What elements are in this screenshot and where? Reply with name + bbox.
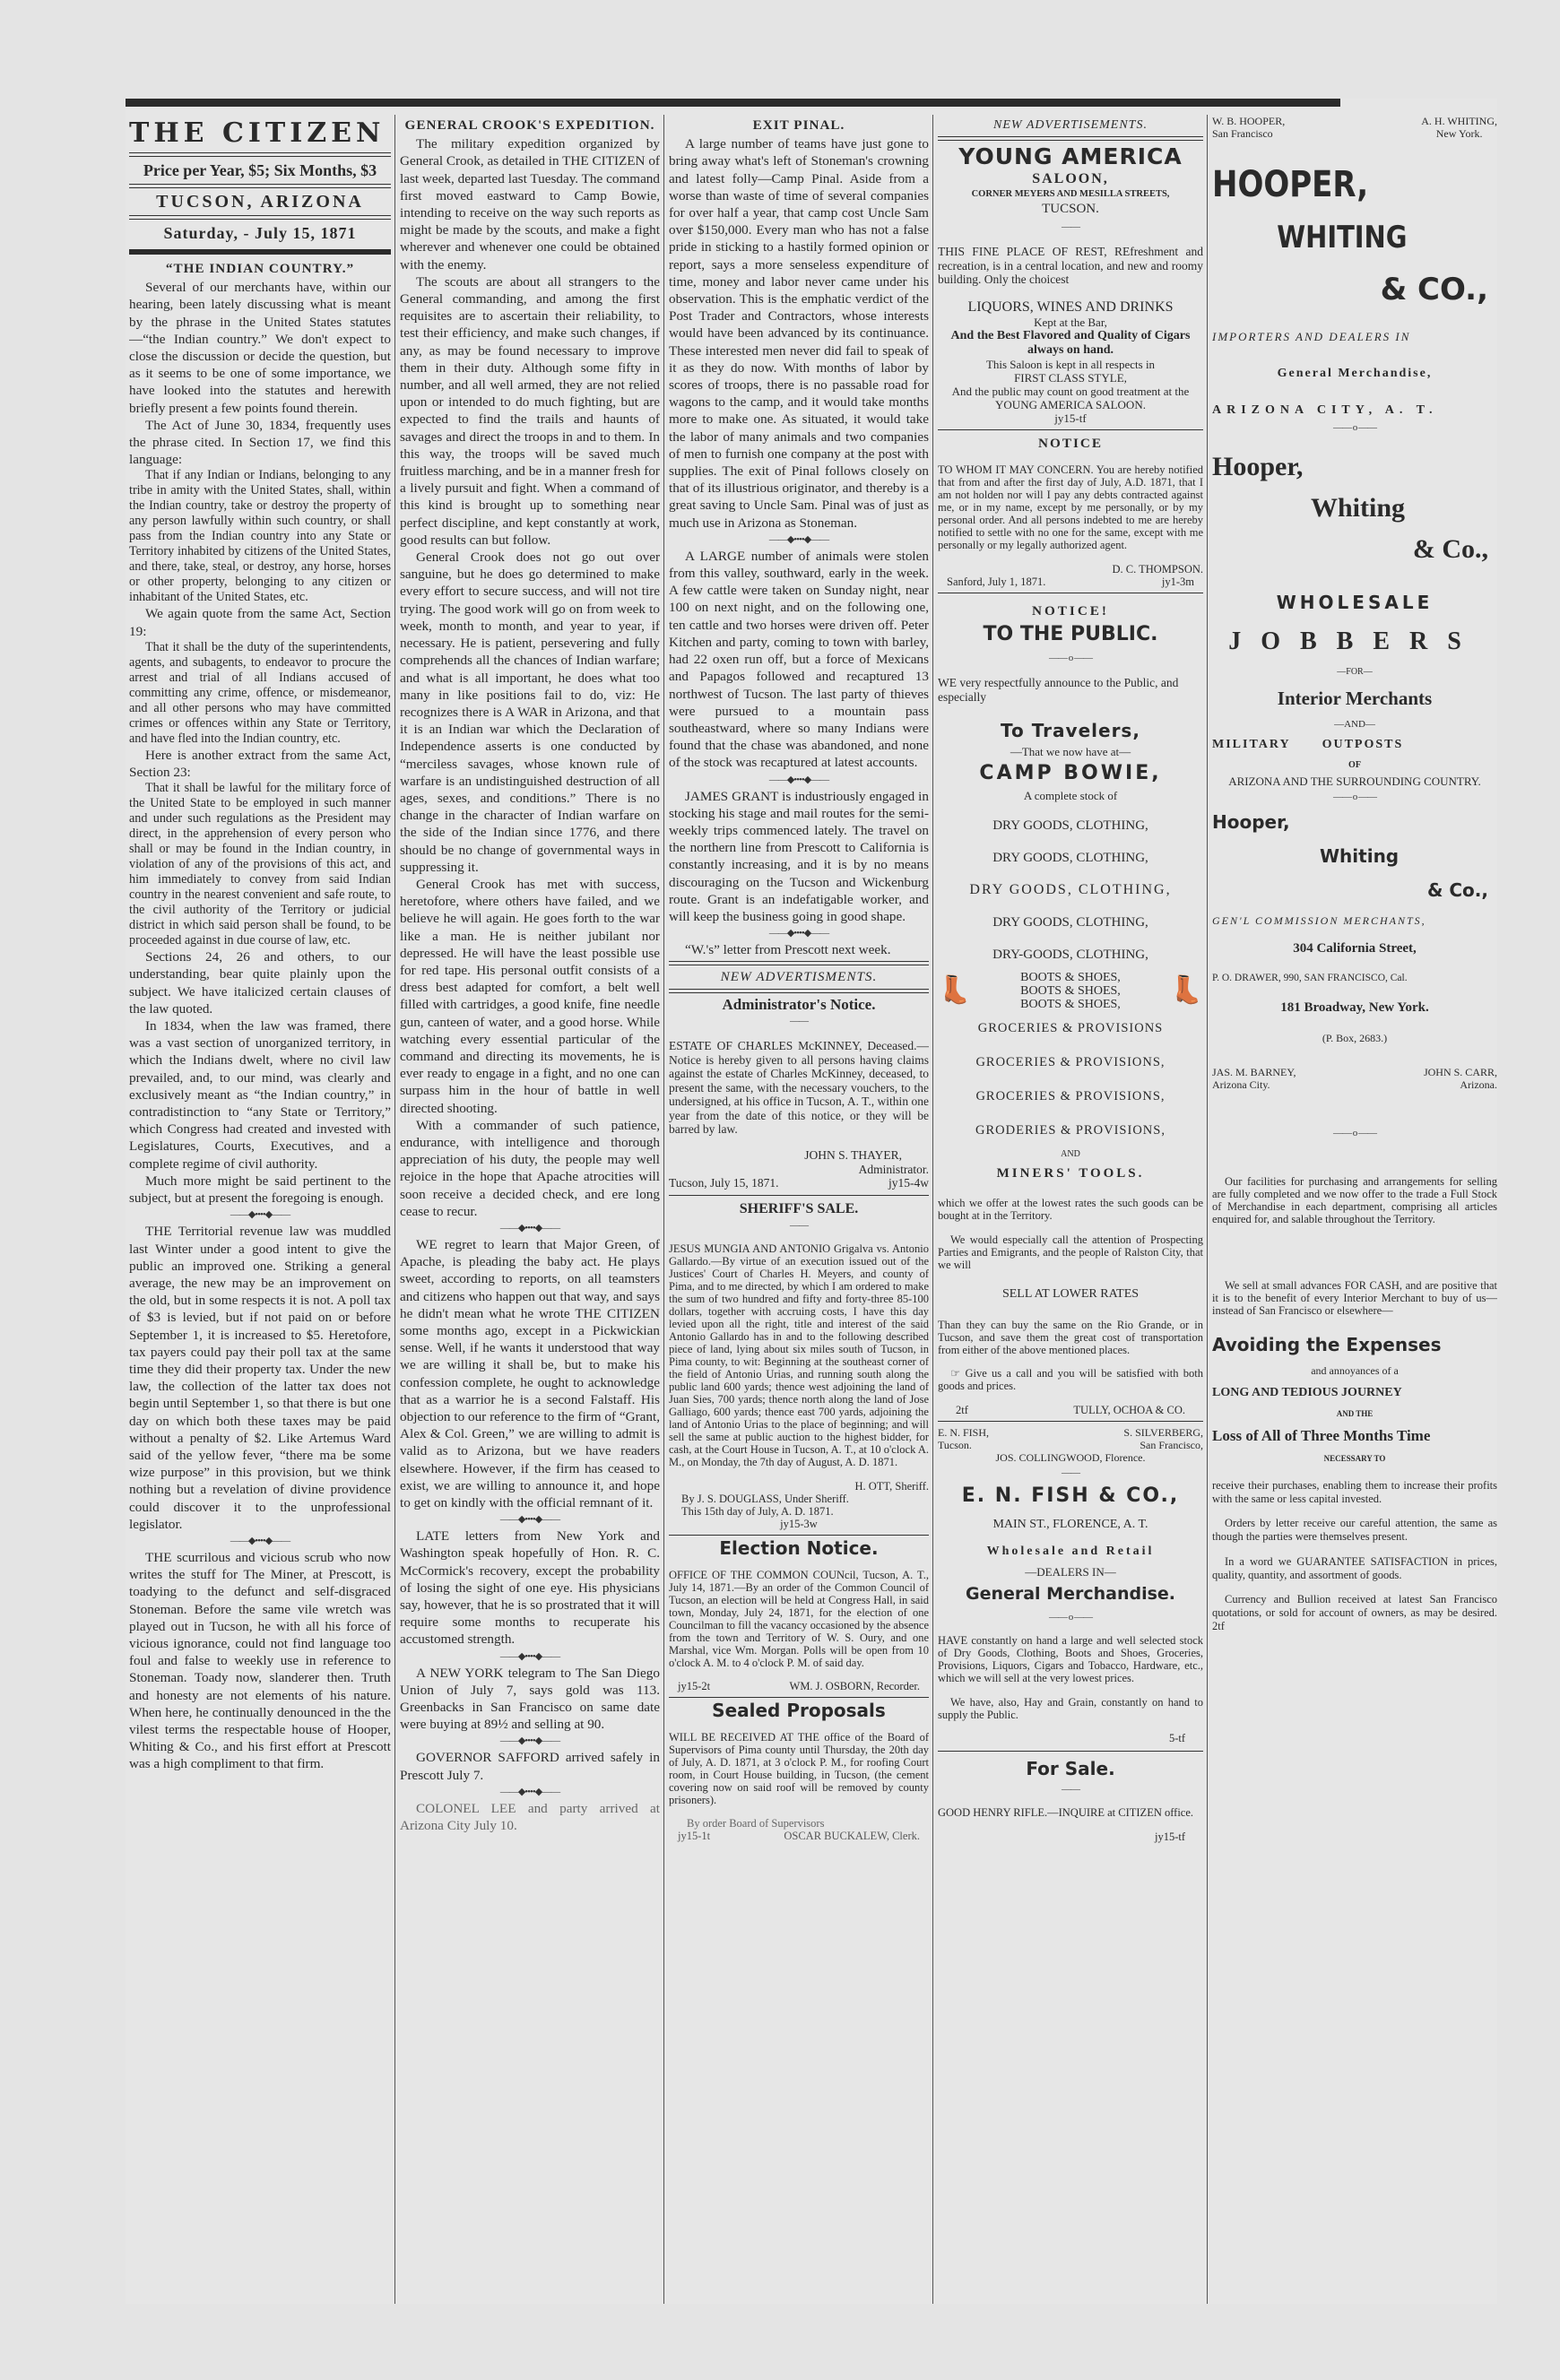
- separator: ——◆••••◆——: [400, 1786, 660, 1798]
- ad-line: GROCERIES & PROVISIONS: [938, 1011, 1203, 1045]
- agent-city: Arizona.: [1460, 1078, 1497, 1091]
- ad-signer: D. C. THOMPSON.: [938, 563, 1203, 576]
- ad-jobbers: JOBBERS: [1212, 620, 1497, 663]
- ad-body: HAVE constantly on hand a large and well…: [938, 1634, 1203, 1684]
- ad-code: jy15-4w: [888, 1176, 929, 1190]
- ad-body: JESUS MUNGIA AND ANTONIO Grigalva vs. An…: [669, 1242, 929, 1468]
- ad-line: Interior Merchants: [1212, 680, 1497, 716]
- ad-body: Orders by letter receive our careful att…: [1212, 1517, 1497, 1544]
- separator: ——◆••••◆——: [669, 927, 929, 939]
- ad-dry-goods: DRY GOODS, CLOTHING, DRY GOODS, CLOTHING…: [938, 809, 1203, 971]
- ad-title: & CO.,: [1212, 264, 1497, 316]
- ad-title: & Co.,: [1212, 529, 1497, 570]
- article-paragraph: General Crook does not go out over sangu…: [400, 549, 660, 876]
- rule: [938, 1421, 1203, 1422]
- ad-title: SHERIFF'S SALE.: [669, 1200, 929, 1217]
- separator: ——◆••••◆——: [400, 1513, 660, 1526]
- partner-name: A. H. WHITING,: [1421, 115, 1497, 127]
- column-rule: [663, 115, 664, 2304]
- short-rule: ——: [669, 1219, 929, 1232]
- ad-address: CORNER MEYERS AND MESILLA STREETS,: [938, 187, 1203, 201]
- ad-under-sheriff: By J. S. DOUGLASS, Under Sheriff.: [669, 1493, 929, 1505]
- ad-city: TUCSON.: [938, 201, 1203, 218]
- article-paragraph: We again quote from the same Act, Sectio…: [129, 605, 391, 639]
- ad-title: HOOPER,: [1212, 158, 1454, 212]
- ad-intro: WE very respectfully announce to the Pub…: [938, 676, 1203, 704]
- ad-address: MAIN ST., FLORENCE, A. T.: [938, 1511, 1203, 1538]
- ad-title: TO THE PUBLIC.: [938, 619, 1203, 650]
- column-5: W. B. HOOPER,San Francisco A. H. WHITING…: [1212, 115, 1497, 2304]
- article-quote: That it shall be the duty of the superin…: [129, 640, 391, 747]
- ad-line: DRY GOODS, CLOTHING,: [938, 842, 1203, 874]
- ad-order: By order Board of Supervisors: [669, 1817, 929, 1830]
- partner-city: San Francisco,: [1140, 1439, 1203, 1451]
- ad-line: ARIZONA CITY, A. T.: [1212, 402, 1497, 419]
- ad-body: ☞ Give us a call and you will be satisfi…: [938, 1367, 1203, 1392]
- ad-line: —DEALERS IN—: [938, 1565, 1203, 1579]
- ad-merchandise: General Merchandise.: [938, 1579, 1203, 1609]
- ad-line: GRODERIES & PROVISIONS,: [938, 1113, 1203, 1147]
- ad-line: AND THE: [1212, 1406, 1497, 1423]
- election-notice: Election Notice. OFFICE OF THE COMMON CO…: [669, 1540, 929, 1692]
- separator: ——◆••••◆——: [400, 1650, 660, 1663]
- ad-line: AND: [938, 1147, 1203, 1161]
- ad-boots: 👢 BOOTS & SHOES, BOOTS & SHOES, BOOTS & …: [938, 971, 1203, 1011]
- ad-line: MILITARY OUTPOSTS: [1212, 733, 1497, 757]
- partner-city: San Francisco: [1212, 127, 1273, 140]
- article-paragraph: General Crook has met with success, here…: [400, 876, 660, 1117]
- ad-line: and annoyances of a: [1212, 1361, 1497, 1380]
- agent: JAS. M. BARNEY,Arizona City.: [1212, 1066, 1296, 1091]
- ad-code: jy15-tf: [938, 1830, 1203, 1845]
- column-1: THE CITIZEN Price per Year, $5; Six Mont…: [129, 115, 391, 2304]
- ad-line: DRY GOODS, CLOTHING,: [938, 874, 1203, 906]
- circle-rule: —— o ——: [1212, 791, 1497, 803]
- ad-line: —AND—: [1212, 716, 1497, 733]
- rule: [938, 1751, 1203, 1752]
- ad-line: (P. Box, 2683.): [1212, 1026, 1497, 1050]
- separator: ——◆••••◆——: [400, 1735, 660, 1747]
- article-paragraph: GOVERNOR SAFFORD arrived safely in Presc…: [400, 1749, 660, 1783]
- article-paragraph: LATE letters from New York and Washingto…: [400, 1528, 660, 1648]
- ad-line: P. O. DRAWER, 990, SAN FRANCISCO, Cal.: [1212, 967, 1497, 989]
- ad-body: In a word we GUARANTEE SATISFACTION in p…: [1212, 1555, 1497, 1582]
- partner-name: E. N. FISH,: [938, 1426, 989, 1439]
- ad-code: jy15-1t: [678, 1830, 710, 1842]
- separator: ——◆••••◆——: [669, 774, 929, 786]
- ad-line: OF: [1212, 757, 1497, 774]
- ad-line: IMPORTERS AND DEALERS IN: [1212, 328, 1497, 345]
- ad-title: & Co.,: [1212, 873, 1497, 907]
- short-rule: ——: [938, 1783, 1203, 1796]
- ad-place-date: Tucson, July 15, 1871.: [669, 1176, 779, 1190]
- ad-body: GOOD HENRY RIFLE.—INQUIRE at CITIZEN off…: [938, 1806, 1203, 1819]
- ad-body: TO WHOM IT MAY CONCERN. You are hereby n…: [938, 463, 1203, 551]
- ad-line: This Saloon is kept in all respects in: [938, 358, 1203, 371]
- young-america-saloon-ad: YOUNG AMERICA SALOON, CORNER MEYERS AND …: [938, 143, 1203, 425]
- rule: [129, 184, 391, 188]
- ad-body: Currency and Bullion received at latest …: [1212, 1593, 1497, 1633]
- article-paragraph: WE regret to learn that Major Green, of …: [400, 1236, 660, 1511]
- article-paragraph: “W.'s” letter from Prescott next week.: [669, 941, 929, 958]
- section-heading: NEW ADVERTISEMENTS.: [938, 117, 1203, 134]
- ad-code: 2tf: [956, 1404, 968, 1416]
- ad-line: ARIZONA AND THE SURROUNDING COUNTRY.: [1212, 774, 1497, 789]
- rule: [669, 1195, 929, 1196]
- ad-body: which we offer at the lowest rates the s…: [938, 1197, 1203, 1222]
- article-heading: “THE INDIAN COUNTRY.”: [129, 260, 391, 277]
- partners-row: W. B. HOOPER,San Francisco A. H. WHITING…: [1212, 115, 1497, 140]
- separator: ——◆••••◆——: [129, 1208, 391, 1221]
- partners-row: E. N. FISH,Tucson. S. SILVERBERG,San Fra…: [938, 1426, 1203, 1451]
- ad-line: Kept at the Bar,: [938, 316, 1203, 329]
- ad-line: LONG AND TEDIOUS JOURNEY: [1212, 1380, 1497, 1406]
- article-paragraph: In 1834, when the law was framed, there …: [129, 1017, 391, 1173]
- ad-place-date: Sanford, July 1, 1871.: [947, 576, 1045, 588]
- partner-city: Tucson.: [938, 1439, 972, 1451]
- ad-footer: Tucson, July 15, 1871. jy15-4w: [669, 1176, 929, 1190]
- fish-co-ad: E. N. FISH,Tucson. S. SILVERBERG,San Fra…: [938, 1426, 1203, 1746]
- column-rule: [1207, 115, 1208, 2304]
- article-paragraph: A LARGE number of animals were stolen fr…: [669, 548, 929, 772]
- ad-line: And the Best Flavored and Quality of Cig…: [938, 329, 1203, 358]
- ad-title: Election Notice.: [669, 1540, 929, 1557]
- separator: ——◆••••◆——: [400, 1222, 660, 1234]
- partner: A. H. WHITING,New York.: [1421, 115, 1497, 140]
- partner: W. B. HOOPER,San Francisco: [1212, 115, 1285, 140]
- ad-role: Administrator.: [669, 1163, 929, 1177]
- for-sale-ad: For Sale. —— GOOD HENRY RIFLE.—INQUIRE a…: [938, 1756, 1203, 1845]
- ad-signer: TULLY, OCHOA & CO.: [1073, 1404, 1185, 1416]
- column-rule: [932, 115, 933, 2304]
- circle-rule: —— o ——: [1212, 1127, 1497, 1139]
- short-rule: ——: [669, 1015, 929, 1027]
- article-paragraph: Much more might be said pertinent to the…: [129, 1173, 391, 1207]
- ad-line: GROCERIES & PROVISIONS,: [938, 1045, 1203, 1079]
- ad-line: General Merchandise,: [1212, 365, 1497, 382]
- ad-code: jy15-3w: [669, 1518, 929, 1530]
- article-heading: GENERAL CROOK'S EXPEDITION.: [400, 117, 660, 134]
- article-paragraph: A NEW YORK telegram to The San Diego Uni…: [400, 1665, 660, 1734]
- ad-miners: MINERS' TOOLS.: [938, 1161, 1203, 1186]
- ad-line: 181 Broadway, New York.: [1212, 989, 1497, 1026]
- ad-title: For Sale.: [938, 1756, 1203, 1781]
- ad-line: BOOTS & SHOES,: [1020, 984, 1121, 998]
- rule: [669, 1697, 929, 1698]
- short-rule: ——: [938, 221, 1203, 233]
- boots-icon: 👢: [1170, 977, 1203, 1004]
- ad-line: A complete stock of: [938, 789, 1203, 802]
- boots-icon: 👢: [938, 977, 971, 1004]
- masthead-dateline: Saturday, - July 15, 1871: [129, 222, 391, 244]
- article-paragraph: The scouts are about all strangers to th…: [400, 273, 660, 549]
- article-paragraph: A large number of teams have just gone t…: [669, 135, 929, 532]
- rule: [669, 989, 929, 993]
- partner-name: W. B. HOOPER,: [1212, 115, 1285, 127]
- column-rule: [394, 115, 395, 2304]
- ad-line: DRY GOODS, CLOTHING,: [938, 809, 1203, 842]
- circle-rule: —— o ——: [938, 652, 1203, 664]
- ad-line: BOOTS & SHOES,: [1020, 998, 1121, 1011]
- sheriff-sale: SHERIFF'S SALE. —— JESUS MUNGIA AND ANTO…: [669, 1200, 929, 1530]
- administrator-notice: Administrator's Notice. —— ESTATE OF CHA…: [669, 996, 929, 1190]
- column-4: NEW ADVERTISEMENTS. YOUNG AMERICA SALOON…: [938, 115, 1203, 2304]
- partner-city: New York.: [1436, 127, 1483, 140]
- rule: [938, 593, 1203, 593]
- agent-name: JAS. M. BARNEY,: [1212, 1066, 1296, 1078]
- ad-camp: CAMP BOWIE,: [938, 758, 1203, 789]
- partner-name: S. SILVERBERG,: [1123, 1426, 1203, 1439]
- masthead-price: Price per Year, $5; Six Months, $3: [129, 160, 391, 181]
- ad-line: DRY-GOODS, CLOTHING,: [938, 939, 1203, 971]
- tully-ochoa-ad: NOTICE! TO THE PUBLIC. —— o —— WE very r…: [938, 602, 1203, 1416]
- thompson-notice: NOTICE TO WHOM IT MAY CONCERN. You are h…: [938, 435, 1203, 587]
- rule: [129, 152, 391, 157]
- ad-line: YOUNG AMERICA SALOON.: [938, 398, 1203, 411]
- ad-title: Administrator's Notice.: [669, 996, 929, 1013]
- partner: S. SILVERBERG,San Francisco,: [1123, 1426, 1203, 1451]
- ad-body: We sell at small advances FOR CASH, and …: [1212, 1279, 1497, 1317]
- ad-code: jy15-2t: [678, 1680, 710, 1692]
- separator: ——◆••••◆——: [669, 533, 929, 546]
- ad-line: BOOTS & SHOES,: [1020, 971, 1121, 984]
- ad-body: THIS FINE PLACE OF REST, REfreshment and…: [938, 245, 1203, 287]
- ad-line: FIRST CLASS STYLE,: [938, 371, 1203, 385]
- ad-body: Our facilities for purchasing and arrang…: [1212, 1175, 1497, 1225]
- short-rule: ——: [938, 1467, 1203, 1479]
- ad-line: And the public may count on good treatme…: [938, 385, 1203, 398]
- article-paragraph: Sections 24, 26 and others, to our under…: [129, 948, 391, 1017]
- ad-body: We have, also, Hay and Grain, constantly…: [938, 1696, 1203, 1721]
- ad-subtitle: SALOON,: [938, 170, 1203, 187]
- agents-row: JAS. M. BARNEY,Arizona City. JOHN S. CAR…: [1212, 1066, 1497, 1091]
- ad-title: Whiting: [1212, 839, 1497, 873]
- ad-line: —That we now have at—: [938, 745, 1203, 758]
- article-paragraph: Here is another extract from the same Ac…: [129, 747, 391, 781]
- rule: [938, 429, 1203, 430]
- agent: JOHN S. CARR,Arizona.: [1424, 1066, 1497, 1091]
- partner: E. N. FISH,Tucson.: [938, 1426, 989, 1451]
- agent-city: Arizona City.: [1212, 1078, 1270, 1091]
- ad-line: —FOR—: [1212, 663, 1497, 680]
- ad-title: E. N. FISH & CO.,: [938, 1481, 1203, 1511]
- ad-body: OFFICE OF THE COMMON COUNcil, Tucson, A.…: [669, 1569, 929, 1669]
- masthead-place: TUCSON, ARIZONA: [129, 191, 391, 212]
- ad-title: YOUNG AMERICA: [938, 143, 1203, 170]
- sealed-proposals: Sealed Proposals WILL BE RECEIVED AT THE…: [669, 1702, 929, 1842]
- ad-body: receive their purchases, enabling them t…: [1212, 1479, 1497, 1506]
- ad-footer: 2tf TULLY, OCHOA & CO.: [938, 1404, 1203, 1416]
- article-paragraph: THE scurrilous and vicious scrub who now…: [129, 1549, 391, 1773]
- article-paragraph: The Act of June 30, 1834, frequently use…: [129, 417, 391, 469]
- ad-footer: Sanford, July 1, 1871. jy1-3m: [938, 576, 1203, 588]
- agent-name: JOHN S. CARR,: [1424, 1066, 1497, 1078]
- article-paragraph: COLONEL LEE and party arrived at Arizona…: [400, 1800, 660, 1834]
- ad-wholesale: WHOLESALE: [1212, 584, 1497, 620]
- ad-line: GROCERIES & PROVISIONS,: [938, 1079, 1203, 1113]
- ad-title: Whiting: [1212, 488, 1497, 529]
- ad-body: ESTATE OF CHARLES McKINNEY, Deceased.—No…: [669, 1039, 929, 1137]
- column-2: GENERAL CROOK'S EXPEDITION. The military…: [400, 115, 660, 2304]
- separator: ——◆••••◆——: [129, 1535, 391, 1547]
- ad-code: 2tf: [1212, 1620, 1225, 1632]
- rule: [129, 249, 391, 255]
- ad-body: Than they can buy the same on the Rio Gr…: [938, 1319, 1203, 1356]
- ad-title: NOTICE: [938, 435, 1203, 452]
- article-quote: That if any Indian or Indians, belonging…: [129, 468, 391, 605]
- ad-groceries: GROCERIES & PROVISIONS GROCERIES & PROVI…: [938, 1011, 1203, 1147]
- ad-line: 304 California Street,: [1212, 930, 1497, 967]
- masthead-title: THE CITIZEN: [129, 118, 391, 149]
- newspaper-page: THE CITIZEN Price per Year, $5; Six Mont…: [126, 99, 1497, 2304]
- ad-line: GEN'L COMMISSION MERCHANTS,: [1212, 913, 1497, 930]
- ad-footer: jy15-1t OSCAR BUCKALEW, Clerk.: [669, 1830, 929, 1842]
- ad-body: We would especially call the attention o…: [938, 1233, 1203, 1271]
- ad-code: 5-tf: [938, 1732, 1203, 1746]
- partner: JOS. COLLINGWOOD, Florence.: [938, 1451, 1203, 1465]
- ad-body: WILL BE RECEIVED AT THE office of the Bo…: [669, 1731, 929, 1806]
- ad-line: NECESSARY TO: [1212, 1450, 1497, 1467]
- ad-code: jy1-3m: [1162, 576, 1194, 588]
- ad-date: This 15th day of July, A. D. 1871.: [669, 1505, 929, 1518]
- ad-boots-lines: BOOTS & SHOES, BOOTS & SHOES, BOOTS & SH…: [1020, 971, 1121, 1011]
- rule: [669, 1535, 929, 1536]
- article-paragraph: THE Territorial revenue law was muddled …: [129, 1223, 391, 1533]
- article-paragraph: Several of our merchants have, within ou…: [129, 279, 391, 417]
- ad-title: Sealed Proposals: [669, 1702, 929, 1719]
- column-3: EXIT PINAL. A large number of teams have…: [669, 115, 929, 2304]
- ad-line: Loss of All of Three Months Time: [1212, 1423, 1497, 1450]
- ad-line: DRY GOODS, CLOTHING,: [938, 906, 1203, 939]
- ad-notice: NOTICE!: [938, 602, 1203, 619]
- ad-line: SELL AT LOWER RATES: [938, 1282, 1203, 1307]
- ad-footer: jy15-2t WM. J. OSBORN, Recorder.: [669, 1680, 929, 1692]
- rule: [938, 136, 1203, 141]
- article-quote: That it shall be lawful for the military…: [129, 781, 391, 948]
- top-rule: [126, 99, 1340, 107]
- ad-avoiding: Avoiding the Expenses: [1212, 1328, 1497, 1361]
- ad-kind: Wholesale and Retail: [938, 1538, 1203, 1565]
- ad-travelers: To Travelers,: [938, 716, 1203, 745]
- ad-title: WHITING: [1212, 212, 1454, 264]
- article-heading: EXIT PINAL.: [669, 117, 929, 134]
- ad-title: Hooper,: [1212, 805, 1497, 839]
- ad-line: LIQUORS, WINES AND DRINKS: [938, 299, 1203, 316]
- ad-title: Hooper,: [1212, 446, 1497, 488]
- ad-currency: Currency and Bullion received at latest …: [1212, 1593, 1497, 1619]
- article-paragraph: The military expedition organized by Gen…: [400, 135, 660, 273]
- ad-signer: WM. J. OSBORN, Recorder.: [790, 1680, 920, 1692]
- ad-signer: JOHN S. THAYER,: [669, 1148, 929, 1163]
- circle-rule: —— o ——: [1212, 421, 1497, 434]
- article-paragraph: JAMES GRANT is industriously engaged in …: [669, 788, 929, 926]
- rule: [129, 215, 391, 220]
- ad-signer: H. OTT, Sheriff.: [669, 1480, 929, 1493]
- section-heading: NEW ADVERTISMENTS.: [669, 968, 929, 985]
- rule: [669, 961, 929, 965]
- ad-code: jy15-tf: [938, 411, 1203, 425]
- ad-signer: OSCAR BUCKALEW, Clerk.: [784, 1830, 920, 1842]
- article-paragraph: With a commander of such patience, endur…: [400, 1117, 660, 1220]
- circle-rule: —— o ——: [938, 1611, 1203, 1623]
